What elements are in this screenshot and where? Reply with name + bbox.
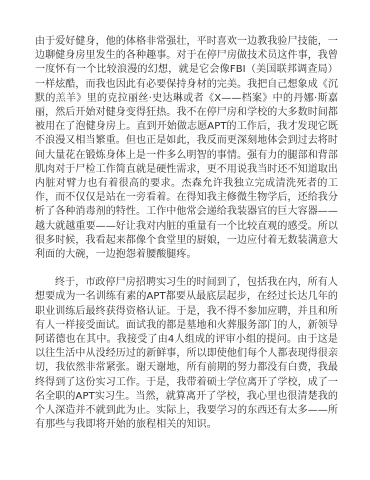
- book-page: 由于爱好健身，他的体格非常强壮，平时喜欢一边教我验尸技能，一边聊健身房里发生的各…: [0, 0, 370, 480]
- page-text: 由于爱好健身，他的体格非常强壮，平时喜欢一边教我验尸技能，一边聊健身房里发生的各…: [35, 35, 338, 446]
- paragraph-1: 由于爱好健身，他的体格非常强壮，平时喜欢一边教我验尸技能，一边聊健身房里发生的各…: [35, 35, 338, 262]
- paragraph-2: 终于，市政停尸房招聘实习生的时间到了，包括我在内，所有人想要成为一名训练有素的A…: [35, 276, 338, 432]
